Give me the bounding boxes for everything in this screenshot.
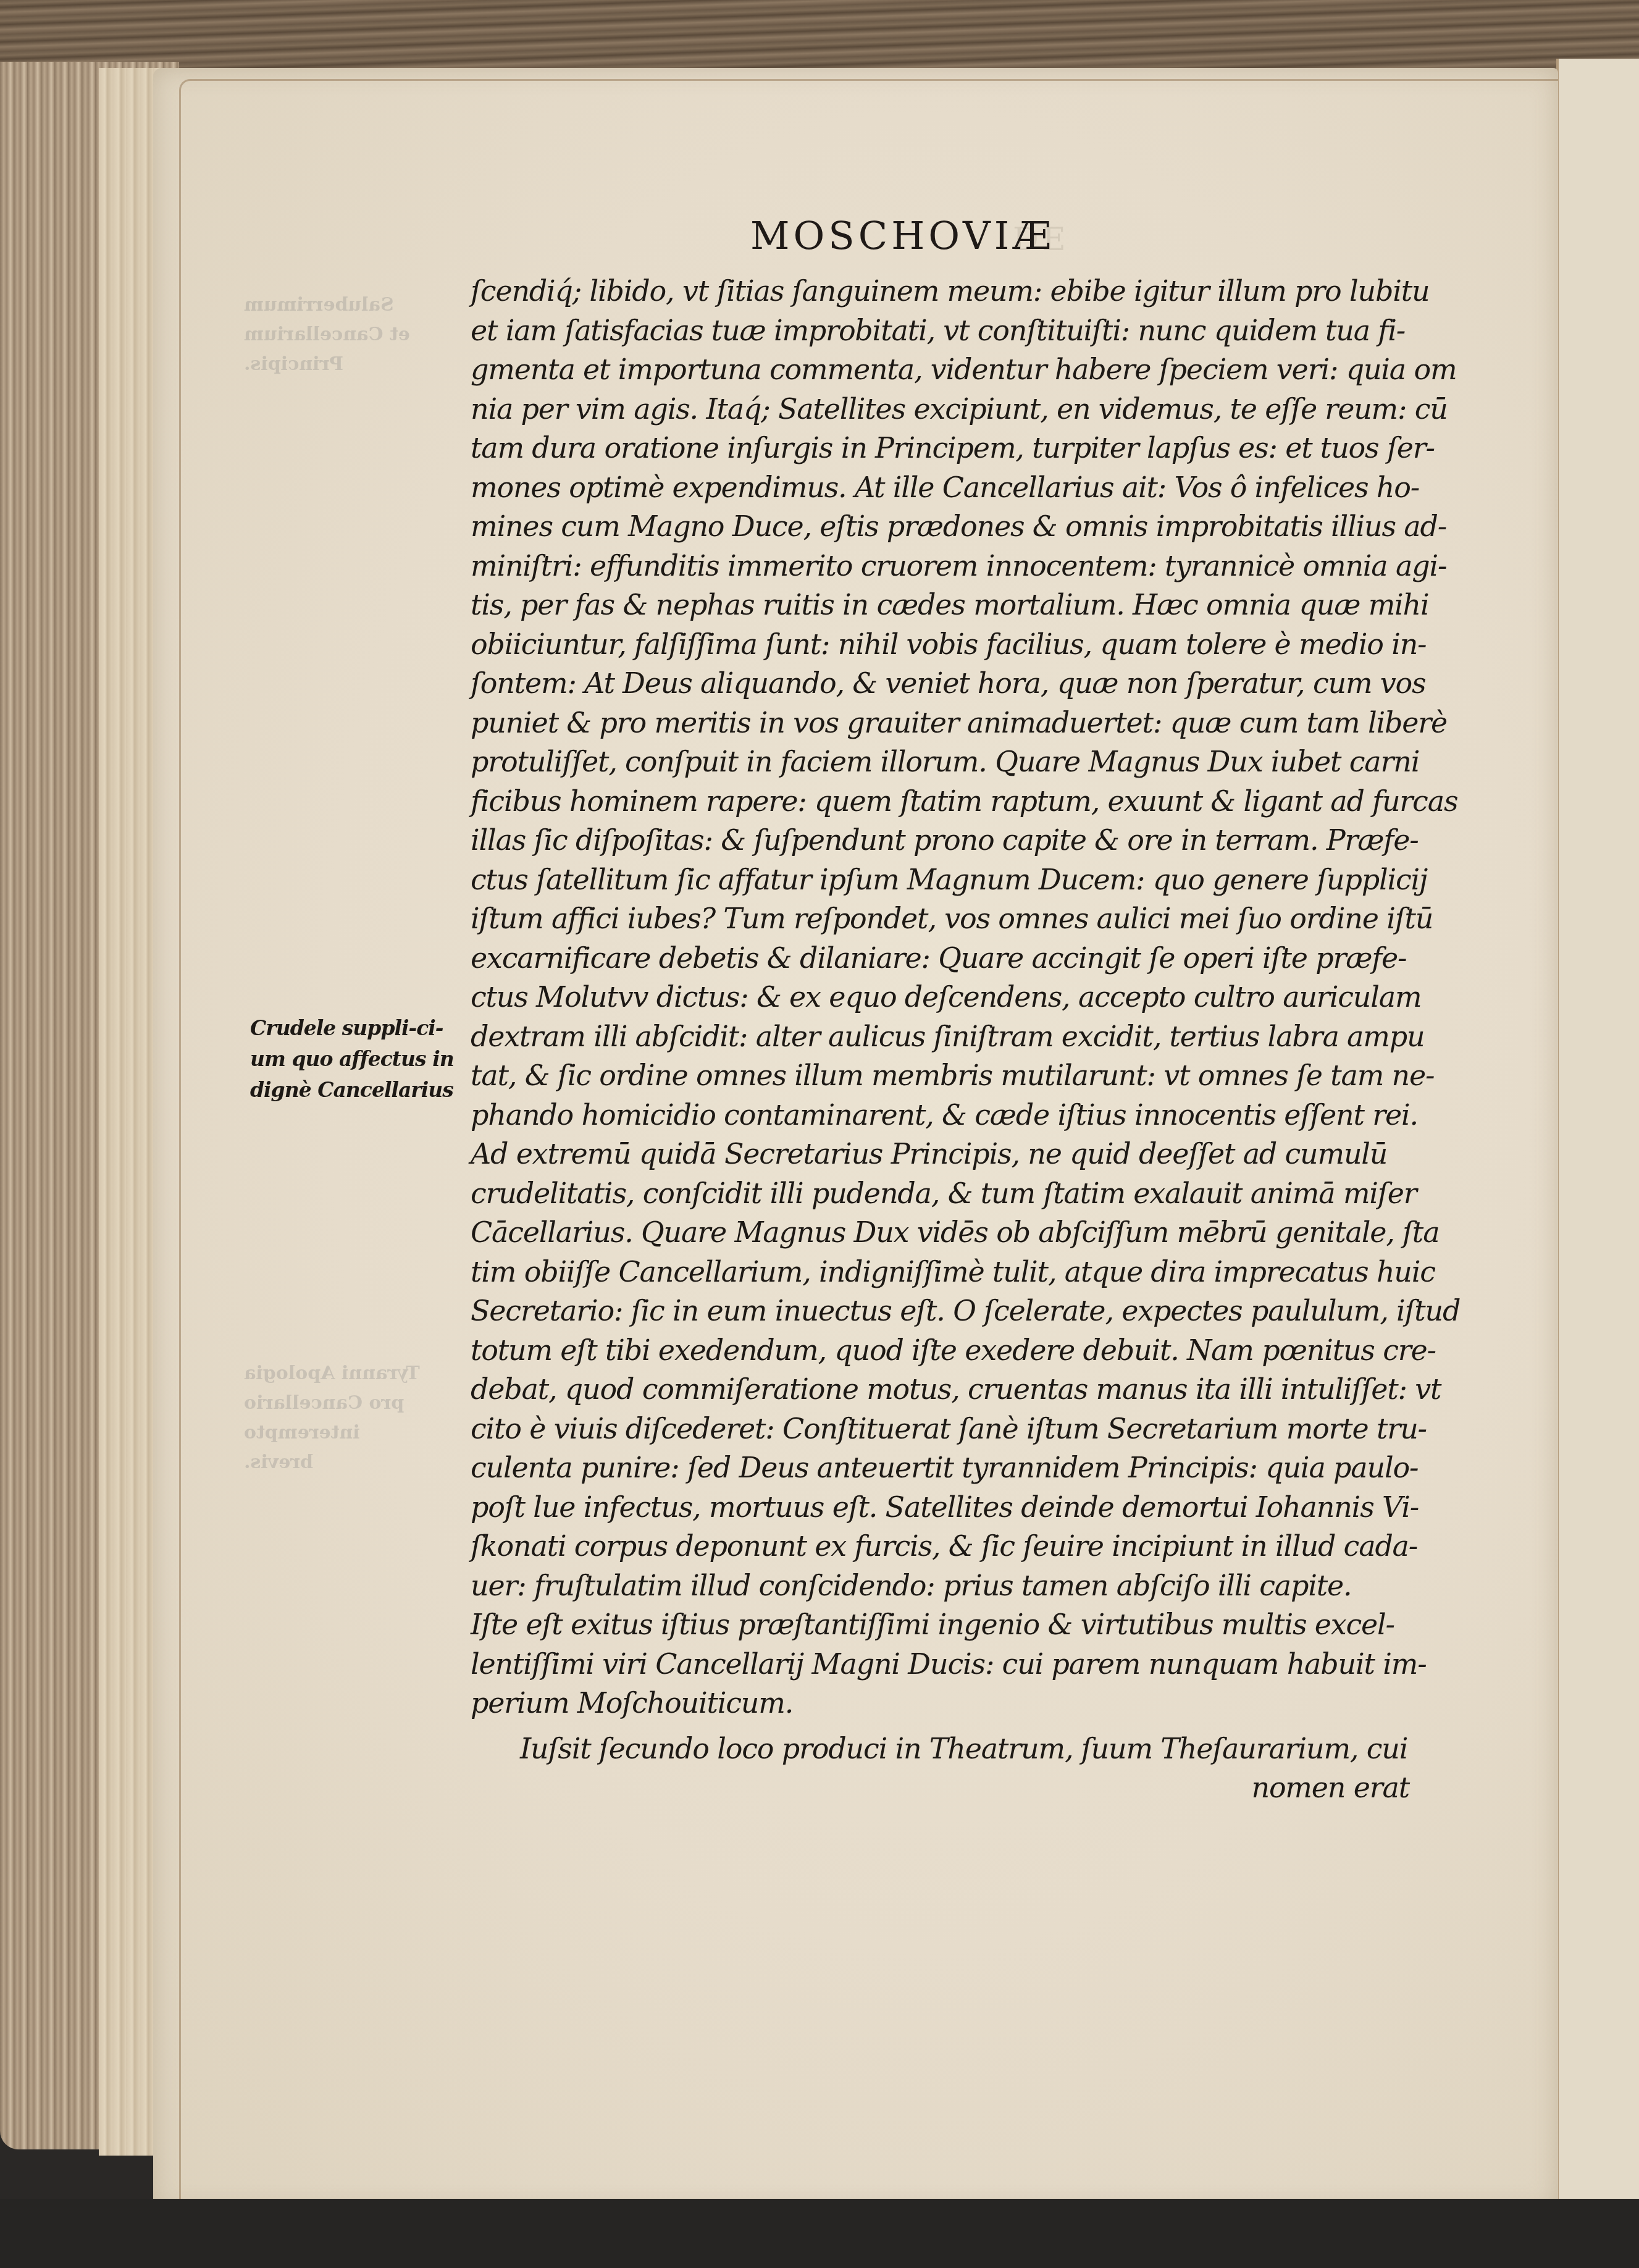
text-line: obiiciuntur, falſiſſima ſunt: nihil vobi…	[471, 625, 1409, 665]
book-binding-top	[0, 0, 1639, 74]
marginal-note: Crudele suppli-ci- um quo affectus in di…	[250, 1013, 460, 1106]
text-line: Cācellarius. Quare Magnus Dux vidēs ob a…	[471, 1213, 1409, 1253]
text-line: debat, quod commiſeratione motus, cruent…	[471, 1370, 1409, 1409]
text-line: crudelitatis, conſcidit illi pudenda, & …	[471, 1174, 1409, 1214]
text-line: Ad extremū quidā Secretarius Principis, …	[471, 1135, 1409, 1174]
text-line: tim obiiſſe Cancellarium, indigniſſimè t…	[471, 1253, 1409, 1292]
text-line: ctus Molutvv dictus: & ex equo deſcenden…	[471, 978, 1409, 1017]
text-line: uer: fruſtulatim illud conſcidendo: priu…	[471, 1566, 1409, 1606]
show-through-note-lower: Tyranni Apologia pro Cancellario interem…	[244, 1359, 442, 1477]
text-line: et iam ſatisfacias tuæ improbitati, vt c…	[471, 311, 1409, 351]
text-line: gmenta et importuna commenta, videntur h…	[471, 350, 1409, 390]
show-through-note-upper: Saluberrimum et Cancellarium Principis.	[244, 290, 442, 379]
paragraph-start-line: Iuſsit ſecundo loco produci in Theatrum,…	[471, 1729, 1409, 1769]
text-line: dextram illi abſcidit: alter aulicus ſin…	[471, 1017, 1409, 1057]
text-line: excarnificare debetis & dilaniare: Quare…	[471, 939, 1409, 978]
text-line: miniſtri: effunditis immerito cruorem in…	[471, 547, 1409, 586]
marginal-note-line: Crudele suppli-ci-	[250, 1013, 460, 1044]
text-line: ficibus hominem rapere: quem ſtatim rapt…	[471, 782, 1409, 821]
text-line: nia per vim agis. Itaq́; Satellites exci…	[471, 390, 1409, 429]
text-line: tis, per fas & nephas ruitis in cædes mo…	[471, 586, 1409, 625]
text-line: ſkonati corpus deponunt ex furcis, & ſic…	[471, 1527, 1409, 1566]
text-line: illas ſic diſpoſitas: & ſuſpendunt prono…	[471, 821, 1409, 860]
text-line: ctus ſatellitum ſic affatur ipſum Magnum…	[471, 860, 1409, 900]
text-line: puniet & pro meritis in vos grauiter ani…	[471, 703, 1409, 743]
text-line: tam dura oratione inſurgis in Principem,…	[471, 429, 1409, 468]
text-line: cito è viuis diſcederet: Conſtituerat ſa…	[471, 1409, 1409, 1449]
text-line: poſt lue infectus, mortuus eſt. Satellit…	[471, 1488, 1409, 1527]
text-line: totum eſt tibi exedendum, quod iſte exed…	[471, 1331, 1409, 1371]
facing-page-edge	[1556, 59, 1639, 2208]
text-line: mines cum Magno Duce, eſtis prædones & o…	[471, 507, 1409, 547]
background-surface	[0, 2199, 1639, 2268]
text-line: lentiſſimi viri Cancellarij Magni Ducis:…	[471, 1645, 1409, 1684]
running-head: MOSCHOVIÆ	[750, 213, 1055, 258]
text-line: iſtum affici iubes? Tum reſpondet, vos o…	[471, 899, 1409, 939]
marginal-note-line: um quo affectus in	[250, 1044, 460, 1075]
catchword: nomen erat	[471, 1768, 1409, 1808]
text-line: Secretario: ſic in eum inuectus eſt. O ſ…	[471, 1291, 1409, 1331]
main-text-block: ſcendiq́; libido, vt ſitias ſanguinem me…	[471, 272, 1409, 1808]
text-line: mones optimè expendimus. At ille Cancell…	[471, 468, 1409, 508]
text-line: perium Moſchouiticum.	[471, 1684, 1409, 1723]
text-line: protuliſſet, conſpuit in faciem illorum.…	[471, 742, 1409, 782]
text-line: phando homicidio contaminarent, & cæde i…	[471, 1096, 1409, 1135]
text-line: ſcendiq́; libido, vt ſitias ſanguinem me…	[471, 272, 1409, 311]
text-line: ſontem: At Deus aliquando, & veniet hora…	[471, 664, 1409, 703]
text-line: tat, & ſic ordine omnes illum membris mu…	[471, 1056, 1409, 1096]
text-line: Iſte eſt exitus iſtius præſtantiſſimi in…	[471, 1605, 1409, 1645]
marginal-note-line: dignè Cancellarius	[250, 1075, 460, 1106]
text-line: culenta punire: ſed Deus anteuertit tyra…	[471, 1448, 1409, 1488]
